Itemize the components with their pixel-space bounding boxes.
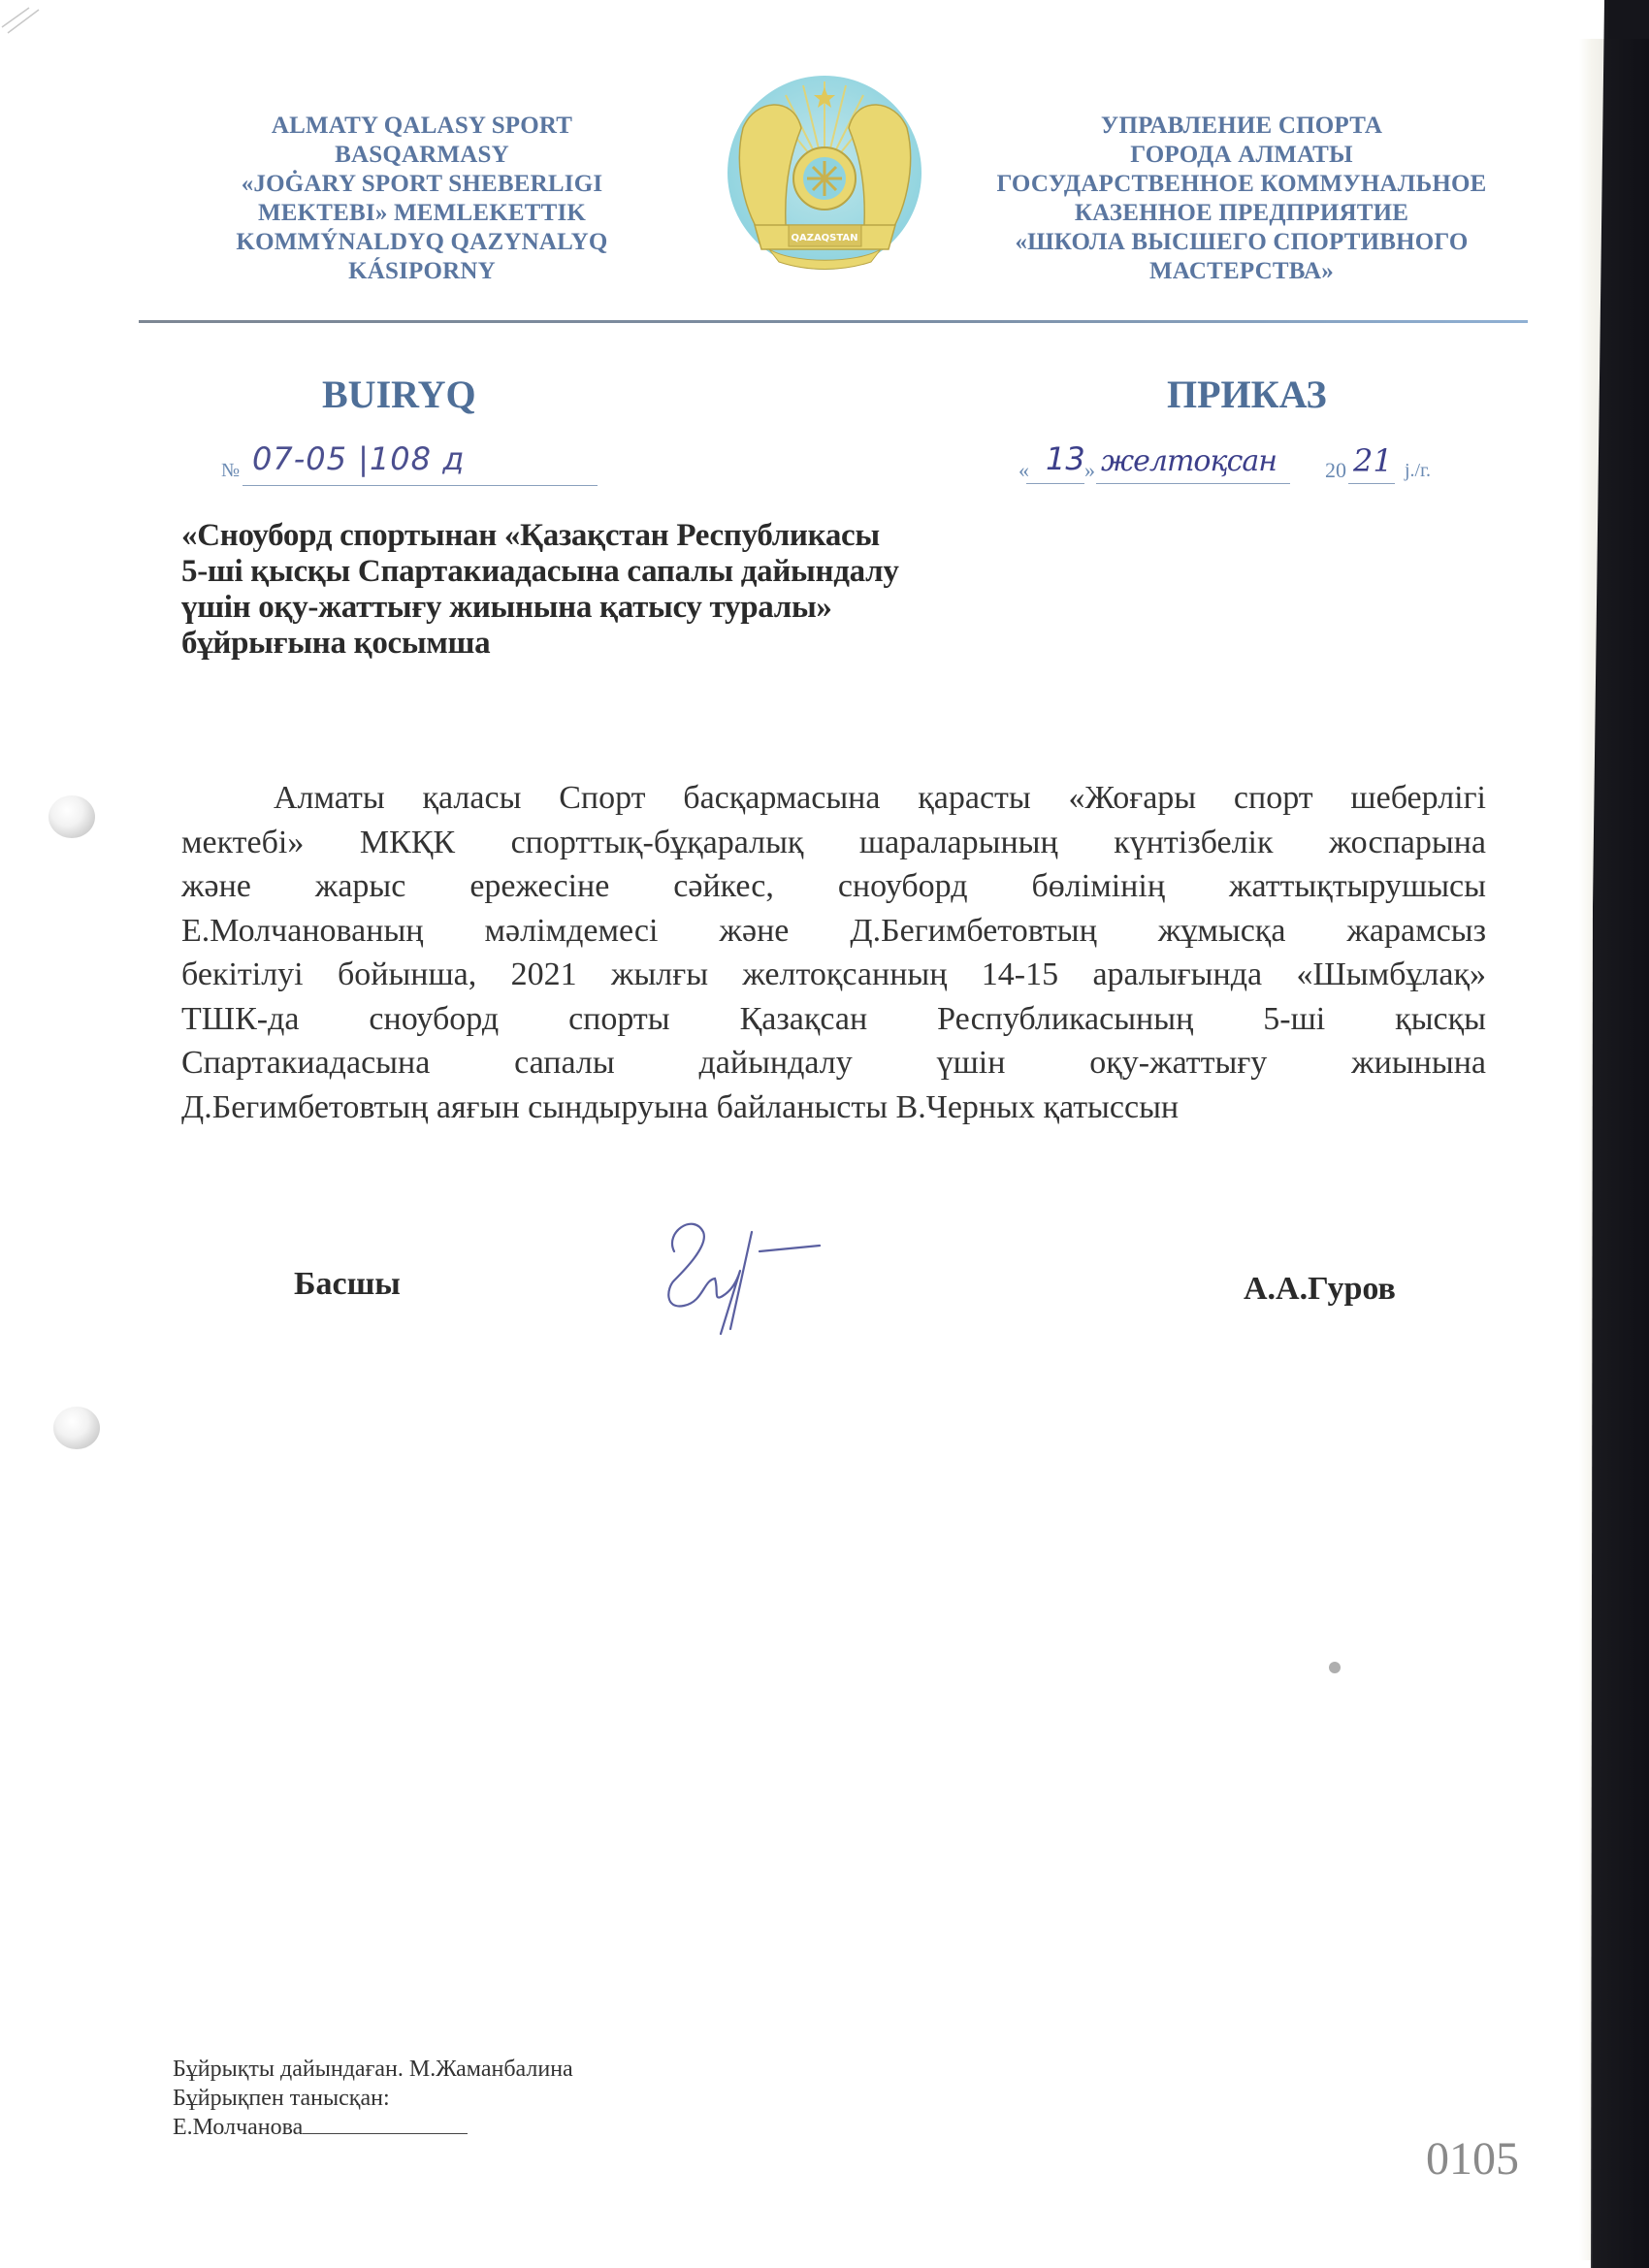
acknowledgement-signature-line	[303, 2116, 468, 2134]
scan-edge-top	[1608, 0, 1649, 39]
letterhead-line: ГОРОДА АЛМАТЫ	[955, 141, 1528, 170]
acknowledged-name: Е.Молчанова	[173, 2115, 303, 2140]
letterhead-line: УПРАВЛЕНИЕ СПОРТА	[955, 112, 1528, 141]
body-line: Е.Молчанованың мәлімдемесі және Д.Бегимб…	[181, 909, 1486, 954]
subject-line: үшін оқу-жаттығу жиынына қатысу туралы»	[181, 590, 1074, 626]
prepared-by: Бұйрықты дайындаған. М.Жаманбалина	[173, 2055, 573, 2084]
order-title-kazakh: BUIRYQ	[322, 372, 476, 417]
letterhead-line: «ШКОЛА ВЫСШЕГО СПОРТИВНОГО	[955, 228, 1528, 257]
order-title-russian: ПРИКАЗ	[1167, 372, 1327, 417]
page-number: 0105	[1426, 2132, 1519, 2186]
body-line: және жарыс ережесіне сәйкес, сноуборд бө…	[181, 864, 1486, 909]
ink-dot-mark	[1329, 1662, 1341, 1673]
acknowledged-row: Е.Молчанова	[173, 2113, 573, 2142]
letterhead-line: ALMATY QALASY SPORT	[194, 112, 650, 141]
order-number-label: №	[221, 460, 240, 482]
corner-scratch-mark	[0, 0, 58, 39]
date-open-quote: «	[1018, 458, 1029, 483]
date-day-underline	[1026, 483, 1084, 484]
date-year-underline	[1348, 483, 1395, 484]
subject-line: бұйрығына қосымша	[181, 626, 1074, 662]
letterhead-divider	[139, 320, 1528, 323]
letterhead-line: KOMMÝNALDYQ QAZYNALYQ	[194, 228, 650, 257]
signer-position: Басшы	[294, 1266, 401, 1303]
body-line: Д.Бегимбетовтың аяғын сындыруына байланы…	[181, 1085, 1486, 1130]
svg-text:QAZAQSTAN: QAZAQSTAN	[791, 233, 857, 243]
date-century: 20	[1325, 458, 1346, 483]
letterhead-line: MEKTEBI» MEMLEKETTIK	[194, 199, 650, 228]
order-number-underline	[242, 485, 598, 486]
body-line: ТШК-да сноуборд спорты Қазақсан Республи…	[181, 997, 1486, 1042]
handwritten-signature-icon	[645, 1213, 858, 1348]
date-year-handwritten: 21	[1353, 442, 1393, 479]
footer-notes: Бұйрықты дайындаған. М.Жаманбалина Бұйры…	[173, 2055, 573, 2142]
date-suffix: j./г.	[1405, 460, 1431, 482]
date-close-quote: »	[1084, 458, 1095, 483]
subject-line: «Сноуборд спортынан «Қазақстан Республик…	[181, 518, 1074, 554]
date-month-handwritten: желтоқсан	[1101, 444, 1277, 478]
letterhead-russian: УПРАВЛЕНИЕ СПОРТА ГОРОДА АЛМАТЫ ГОСУДАРС…	[955, 112, 1528, 286]
order-number-handwritten: 07-05 |108 д	[252, 440, 465, 477]
punch-hole-upper	[48, 795, 95, 838]
order-subject: «Сноуборд спортынан «Қазақстан Республик…	[181, 518, 1074, 662]
body-line: Алматы қаласы Спорт басқармасына қарасты…	[181, 776, 1486, 821]
letterhead-line: KÁSIPORNY	[194, 257, 650, 286]
body-line: мектебі» МКҚК спорттық-бұқаралық шаралар…	[181, 821, 1486, 865]
signer-name: А.А.Гуров	[1244, 1271, 1396, 1308]
letterhead-line: МАСТЕРСТВА»	[955, 257, 1528, 286]
body-line: Спартакиадасына сапалы дайындалу үшін оқ…	[181, 1041, 1486, 1085]
letterhead-line: ГОСУДАРСТВЕННОЕ КОММУНАЛЬНОЕ	[955, 170, 1528, 199]
date-month-underline	[1096, 483, 1290, 484]
acknowledged-label: Бұйрықпен танысқан:	[173, 2084, 573, 2113]
letterhead-line: «JOĠARY SPORT SHEBERLIGI	[194, 170, 650, 199]
letterhead-line: BASQARMASY	[194, 141, 650, 170]
subject-line: 5-ші қысқы Спартакиадасына сапалы дайынд…	[181, 554, 1074, 590]
letterhead-line: КАЗЕННОЕ ПРЕДПРИЯТИЕ	[955, 199, 1528, 228]
state-emblem-icon: QAZAQSTAN	[726, 70, 924, 278]
body-line: бекітілуі бойынша, 2021 жылғы желтоқсанн…	[181, 953, 1486, 997]
order-body: Алматы қаласы Спорт басқармасына қарасты…	[181, 776, 1486, 1129]
date-day-handwritten: 13	[1046, 440, 1085, 477]
punch-hole-lower	[53, 1407, 100, 1449]
letterhead-kazakh: ALMATY QALASY SPORT BASQARMASY «JOĠARY S…	[194, 112, 650, 286]
